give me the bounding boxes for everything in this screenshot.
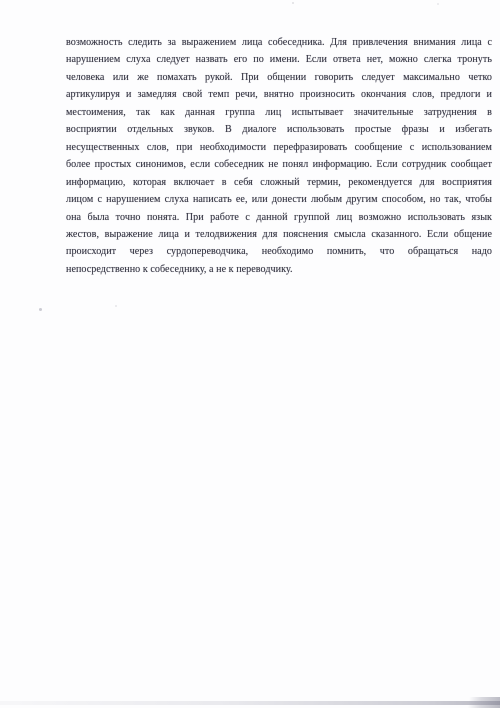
scan-speck bbox=[39, 308, 42, 311]
text-line: лицом с нарушением слуха написать ее, ил… bbox=[66, 191, 492, 208]
text-line: местоимения, так как данная группа лиц и… bbox=[66, 104, 492, 121]
text-line: человека или же помахать рукой. При обще… bbox=[66, 69, 492, 86]
text-line: восприятии отдельных звуков. В диалоге и… bbox=[66, 121, 492, 138]
paragraph-block: возможность следить за выражением лица с… bbox=[66, 34, 492, 278]
text-line: жестов, выражение лица и телодвижения дл… bbox=[66, 226, 492, 243]
scan-edge-shadow bbox=[0, 701, 500, 705]
scan-corner-shadow bbox=[452, 697, 500, 708]
text-line: она была точно понята. При работе с данн… bbox=[66, 209, 492, 226]
text-line: артикулируя и замедляя свой темп речи, в… bbox=[66, 86, 492, 103]
text-line: происходит через сурдопереводчика, необх… bbox=[66, 243, 492, 260]
scan-speck bbox=[115, 305, 117, 307]
scan-speck bbox=[437, 3, 439, 5]
text-line: нарушением слуха следует назвать его по … bbox=[66, 51, 492, 68]
text-line: возможность следить за выражением лица с… bbox=[66, 34, 492, 51]
text-line: несущественных слов, при необходимости п… bbox=[66, 139, 492, 156]
text-line: непосредственно к собеседнику, а не к пе… bbox=[66, 261, 492, 278]
scan-speck bbox=[292, 2, 294, 4]
document-page: возможность следить за выражением лица с… bbox=[0, 0, 500, 708]
text-line: более простых синонимов, если собеседник… bbox=[66, 156, 492, 173]
text-line: информацию, которая включает в себя слож… bbox=[66, 174, 492, 191]
